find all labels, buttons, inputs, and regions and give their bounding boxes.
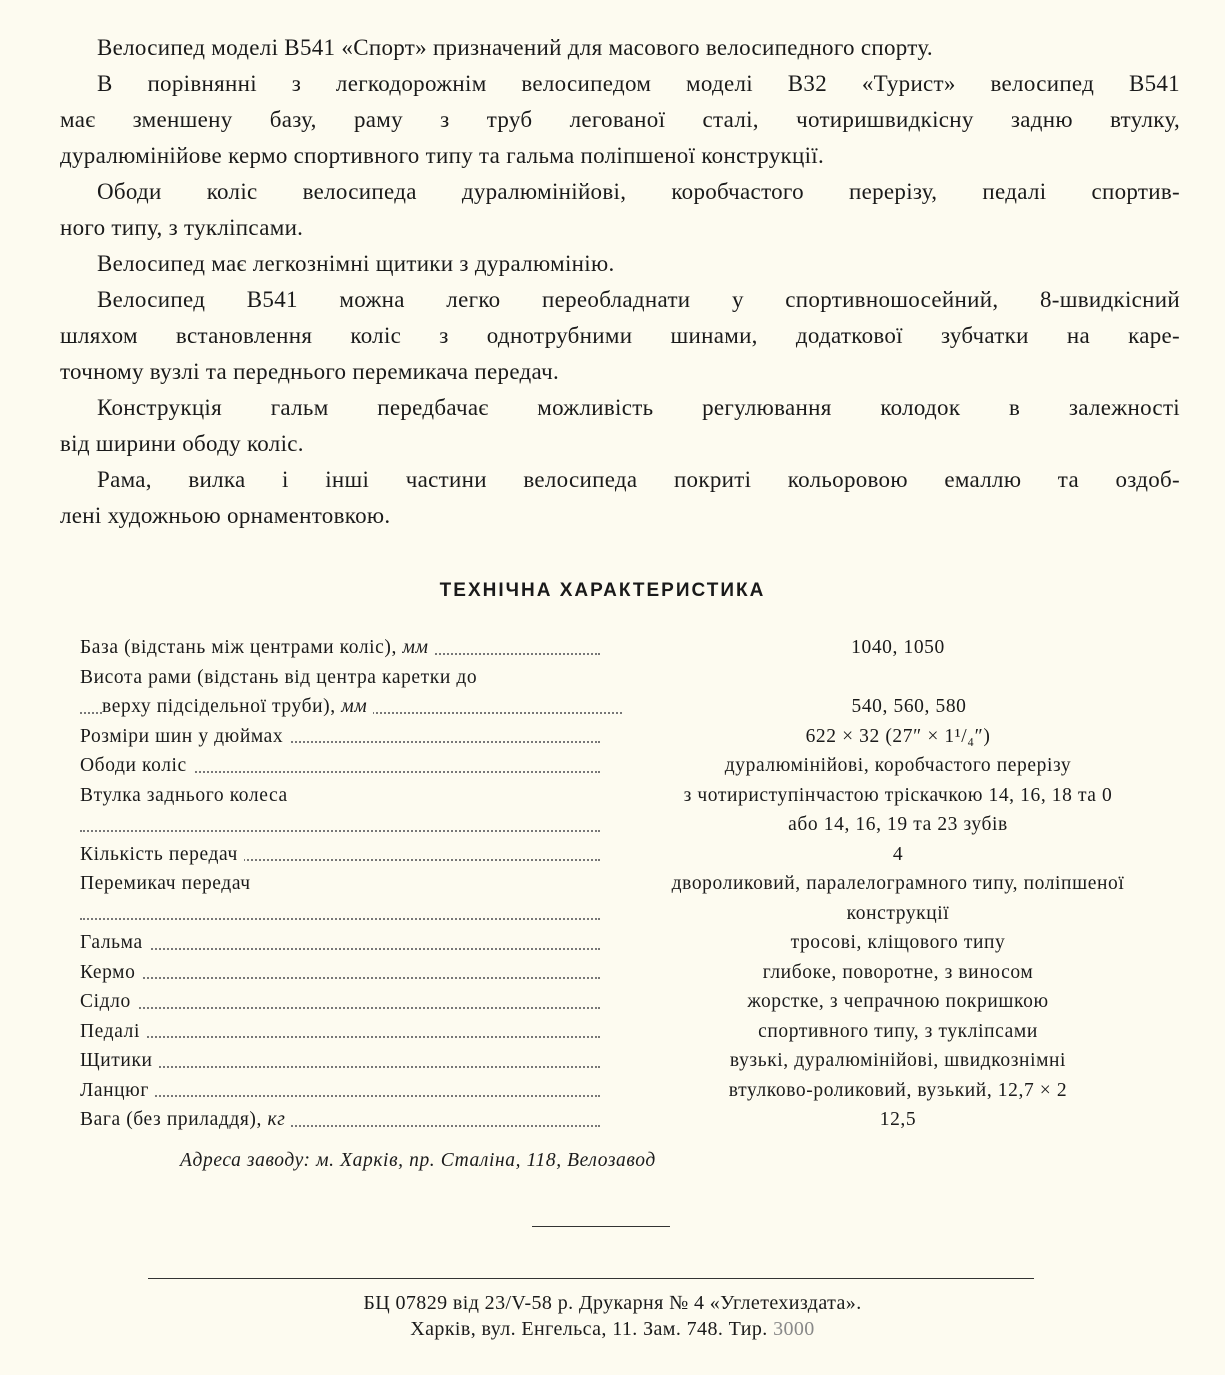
spec-row: Перемикач передачдвороликовий, паралелог… — [80, 869, 1190, 928]
spec-label: Висота рами (відстань від центра каретки… — [80, 663, 600, 693]
print-run: 3000 — [773, 1318, 815, 1340]
spec-row: Кількість передач4 — [80, 840, 1190, 870]
dot-leader — [80, 948, 600, 950]
paragraph-line: ного типу, з тукліпсами. — [60, 210, 1180, 246]
spec-value-line: жорстке, з чепрачною покришкою — [606, 987, 1190, 1017]
spec-label: Сідло — [80, 987, 600, 1017]
spec-value: з чотириступінчастою тріскачкою 14, 16, … — [600, 781, 1190, 840]
dot-leader — [80, 1095, 600, 1097]
spec-label: Кермо — [80, 958, 600, 988]
spec-label: Втулка заднього колеса — [80, 781, 600, 840]
spec-label-text: Педалі — [80, 1021, 140, 1042]
spec-row: Висота рами (відстань від центра каретки… — [80, 663, 1190, 693]
paragraph-line: має зменшену базу, раму з труб легованої… — [60, 102, 1180, 138]
spec-value-line: або 14, 16, 19 та 23 зубів — [606, 810, 1190, 840]
spec-value: вузькі, дуралюмінійові, швидкознімні — [600, 1046, 1190, 1076]
spec-unit: мм — [341, 696, 367, 717]
spec-label-text: Кермо — [80, 962, 135, 983]
paragraph: Рама, вилка і інші частини велосипеда по… — [60, 462, 1180, 534]
spec-value: тросові, кліщового типу — [600, 928, 1190, 958]
spec-unit: мм — [402, 637, 428, 658]
paragraph-line: шляхом встановлення коліс з однотрубними… — [60, 318, 1180, 354]
spec-label-text: Втулка заднього колеса — [80, 785, 288, 806]
paragraph-line: лені художньою орнаментовкою. — [60, 498, 1180, 534]
spec-value-line: дуралюмінійові, коробчастого перерізу — [606, 751, 1190, 781]
spec-value — [600, 663, 1190, 693]
paragraph-line: дуралюмінійове кермо спортивного типу та… — [60, 138, 1180, 174]
paragraph: Конструкція гальм передбачає можливість … — [60, 390, 1180, 462]
paragraph-line: В порівнянні з легкодорожнім велосипедом… — [60, 66, 1180, 102]
spec-value-line: спортивного типу, з тукліпсами — [606, 1017, 1190, 1047]
paragraph-line: Ободи коліс велосипеда дуралюмінійові, к… — [60, 174, 1180, 210]
factory-address: Адреса заводу: м. Харків, пр. Сталіна, 1… — [180, 1150, 656, 1172]
spec-value: втулково-роликовий, вузький, 12,7 × 2 — [600, 1076, 1190, 1106]
dot-leader — [80, 830, 600, 832]
spec-label: Педалі — [80, 1017, 600, 1047]
spec-label-text: Вага (без приладдя), — [80, 1109, 262, 1130]
short-divider — [532, 1226, 670, 1227]
spec-value: глибоке, поворотне, з виносом — [600, 958, 1190, 988]
spec-label: Вага (без приладдя), кг — [80, 1105, 600, 1135]
spec-row: Вага (без приладдя), кг12,5 — [80, 1105, 1190, 1135]
imprint-line-2-main: Харків, вул. Енгельса, 11. Зам. 748. Тир… — [410, 1318, 767, 1340]
paragraph: Велосипед В541 можна легко переобладнати… — [60, 282, 1180, 390]
spec-unit: кг — [268, 1109, 286, 1130]
paragraph: Велосипед має легкознімні щитики з дурал… — [60, 246, 1180, 282]
spec-value: жорстке, з чепрачною покришкою — [600, 987, 1190, 1017]
paragraph-line: Велосипед В541 можна легко переобладнати… — [60, 282, 1180, 318]
spec-row: верху підсідельної труби), мм540, 560, 5… — [80, 692, 1190, 722]
paragraph-line: Конструкція гальм передбачає можливість … — [60, 390, 1180, 426]
paragraph: Велосипед моделі В541 «Спорт» призначени… — [60, 30, 1180, 66]
intro-text: Велосипед моделі В541 «Спорт» призначени… — [60, 30, 1180, 534]
paragraph-line: від ширини ободу коліс. — [60, 426, 1180, 462]
spec-label-text: Розміри шин у дюймах — [80, 726, 283, 747]
imprint-line-1: БЦ 07829 від 23/V-58 р. Друкарня № 4 «Уг… — [0, 1290, 1225, 1316]
paragraph-line: точному вузлі та переднього перемикача п… — [60, 354, 1180, 390]
spec-value-line: втулково-роликовий, вузький, 12,7 × 2 — [606, 1076, 1190, 1106]
spec-value: спортивного типу, з тукліпсами — [600, 1017, 1190, 1047]
spec-label-text: Кількість передач — [80, 844, 238, 865]
spec-value-line: конструкції — [606, 899, 1190, 929]
spec-value-line: 540, 560, 580 — [628, 692, 1190, 722]
spec-row: Кермоглибоке, поворотне, з виносом — [80, 958, 1190, 988]
dot-leader — [80, 918, 600, 920]
spec-value-line: вузькі, дуралюмінійові, швидкознімні — [606, 1046, 1190, 1076]
spec-row: Щитикивузькі, дуралюмінійові, швидкознім… — [80, 1046, 1190, 1076]
specs-table: База (відстань між центрами коліс), мм10… — [80, 633, 1190, 1135]
paragraph-line: Велосипед моделі В541 «Спорт» призначени… — [60, 30, 1180, 66]
spec-value-line: 1040, 1050 — [606, 633, 1190, 663]
spec-label-text: Гальма — [80, 932, 143, 953]
spec-value: 540, 560, 580 — [622, 692, 1190, 722]
long-divider — [148, 1278, 1034, 1279]
spec-label: База (відстань між центрами коліс), мм — [80, 633, 600, 663]
spec-label: Щитики — [80, 1046, 600, 1076]
dot-leader — [80, 1036, 600, 1038]
paragraph: Ободи коліс велосипеда дуралюмінійові, к… — [60, 174, 1180, 246]
spec-row: Ободи колісдуралюмінійові, коробчастого … — [80, 751, 1190, 781]
spec-label: Гальма — [80, 928, 600, 958]
spec-label: Перемикач передач — [80, 869, 600, 928]
spec-row: Сідложорстке, з чепрачною покришкою — [80, 987, 1190, 1017]
spec-label-text: Перемикач передач — [80, 873, 251, 894]
spec-label-text: верху підсідельної труби), — [102, 696, 336, 717]
spec-value: двороликовий, паралелограмного типу, пол… — [600, 869, 1190, 928]
imprint-line-2: Харків, вул. Енгельса, 11. Зам. 748. Тир… — [0, 1316, 1225, 1342]
paragraph: В порівнянні з легкодорожнім велосипедом… — [60, 66, 1180, 174]
spec-row: Розміри шин у дюймах622 × 32 (27″ × 1¹/₄… — [80, 722, 1190, 752]
imprint: БЦ 07829 від 23/V-58 р. Друкарня № 4 «Уг… — [0, 1290, 1225, 1342]
spec-value-line: 622 × 32 (27″ × 1¹/₄″) — [606, 722, 1190, 752]
spec-row: Ланцюгвтулково-роликовий, вузький, 12,7 … — [80, 1076, 1190, 1106]
spec-label: Ободи коліс — [80, 751, 600, 781]
spec-value: 1040, 1050 — [600, 633, 1190, 663]
spec-value-line: з чотириступінчастою тріскачкою 14, 16, … — [606, 781, 1190, 811]
spec-label-text: Висота рами (відстань від центра каретки… — [80, 667, 477, 688]
spec-label: Ланцюг — [80, 1076, 600, 1106]
spec-label-text: Ланцюг — [80, 1080, 149, 1101]
spec-value: 12,5 — [600, 1105, 1190, 1135]
spec-value-line: двороликовий, паралелограмного типу, пол… — [606, 869, 1190, 899]
spec-row: База (відстань між центрами коліс), мм10… — [80, 633, 1190, 663]
spec-label-text: База (відстань між центрами коліс), — [80, 637, 397, 658]
spec-value: дуралюмінійові, коробчастого перерізу — [600, 751, 1190, 781]
dot-leader — [80, 1007, 600, 1009]
spec-label: Кількість передач — [80, 840, 600, 870]
paragraph-line: Рама, вилка і інші частини велосипеда по… — [60, 462, 1180, 498]
spec-label-text: Щитики — [80, 1050, 153, 1071]
spec-value-line: тросові, кліщового типу — [606, 928, 1190, 958]
dot-leader — [80, 977, 600, 979]
spec-row: Втулка заднього колесаз чотириступінчаст… — [80, 781, 1190, 840]
spec-value: 622 × 32 (27″ × 1¹/₄″) — [600, 722, 1190, 752]
spec-label-text: Сідло — [80, 991, 131, 1012]
paragraph-line: Велосипед має легкознімні щитики з дурал… — [60, 246, 1180, 282]
spec-value-line: 12,5 — [606, 1105, 1190, 1135]
spec-value: 4 — [600, 840, 1190, 870]
spec-label: Розміри шин у дюймах — [80, 722, 600, 752]
spec-row: Гальматросові, кліщового типу — [80, 928, 1190, 958]
spec-row: Педаліспортивного типу, з тукліпсами — [80, 1017, 1190, 1047]
spec-value-line: глибоке, поворотне, з виносом — [606, 958, 1190, 988]
spec-label-text: Ободи коліс — [80, 755, 187, 776]
spec-value-line: 4 — [606, 840, 1190, 870]
spec-label: верху підсідельної труби), мм — [80, 692, 622, 722]
specs-title: ТЕХНІЧНА ХАРАКТЕРИСТИКА — [0, 580, 1205, 602]
